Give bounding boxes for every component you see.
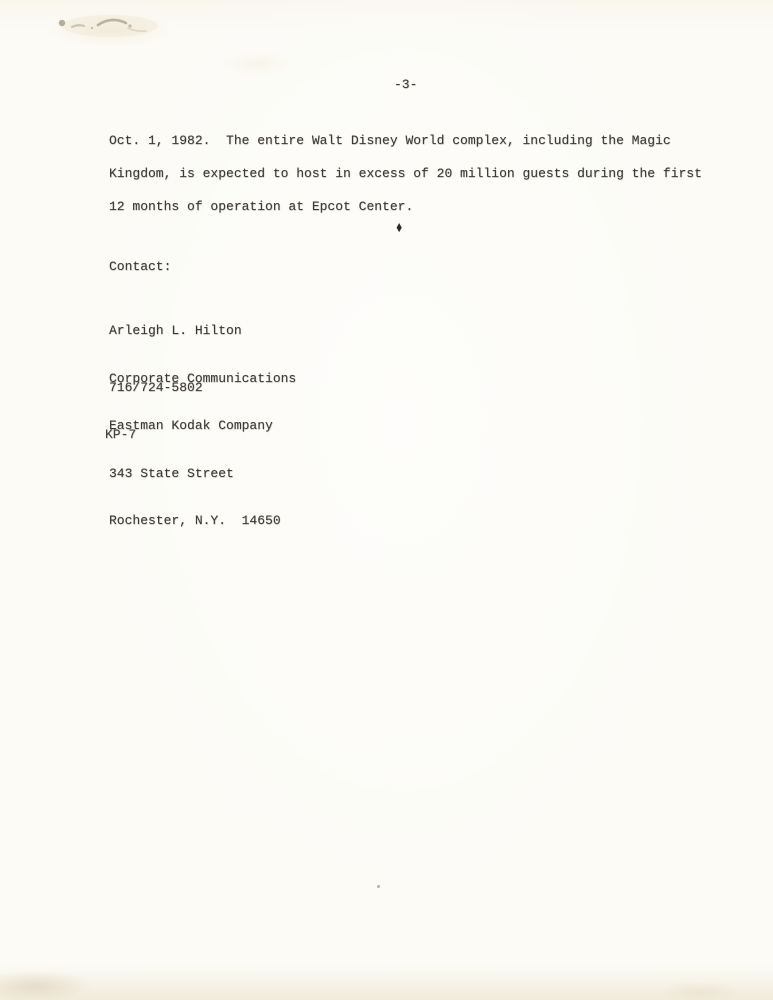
page-number: -3- (394, 77, 417, 93)
contact-city-line: Rochester, N.Y. 14650 (109, 513, 296, 529)
scanned-press-release-page: -3- Oct. 1, 1982. The entire Walt Disney… (0, 0, 773, 1000)
contact-address-block: Arleigh L. Hilton Corporate Communicatio… (109, 291, 296, 561)
contact-label: Contact: (109, 259, 171, 275)
scan-speck (377, 885, 380, 888)
body-line: Kingdom, is expected to host in excess o… (109, 166, 702, 182)
end-of-release-mark: ♦ (396, 221, 402, 237)
pencil-smudge-mark (42, 6, 172, 46)
contact-phone: 716/724-5802 (109, 380, 203, 396)
contact-street: 343 State Street (109, 466, 296, 482)
contact-name: Arleigh L. Hilton (109, 323, 296, 339)
body-line: 12 months of operation at Epcot Center. (109, 199, 413, 215)
contact-company: Eastman Kodak Company (109, 418, 296, 434)
body-line: Oct. 1, 1982. The entire Walt Disney Wor… (109, 133, 671, 149)
reference-code: KP-7 (105, 427, 136, 443)
